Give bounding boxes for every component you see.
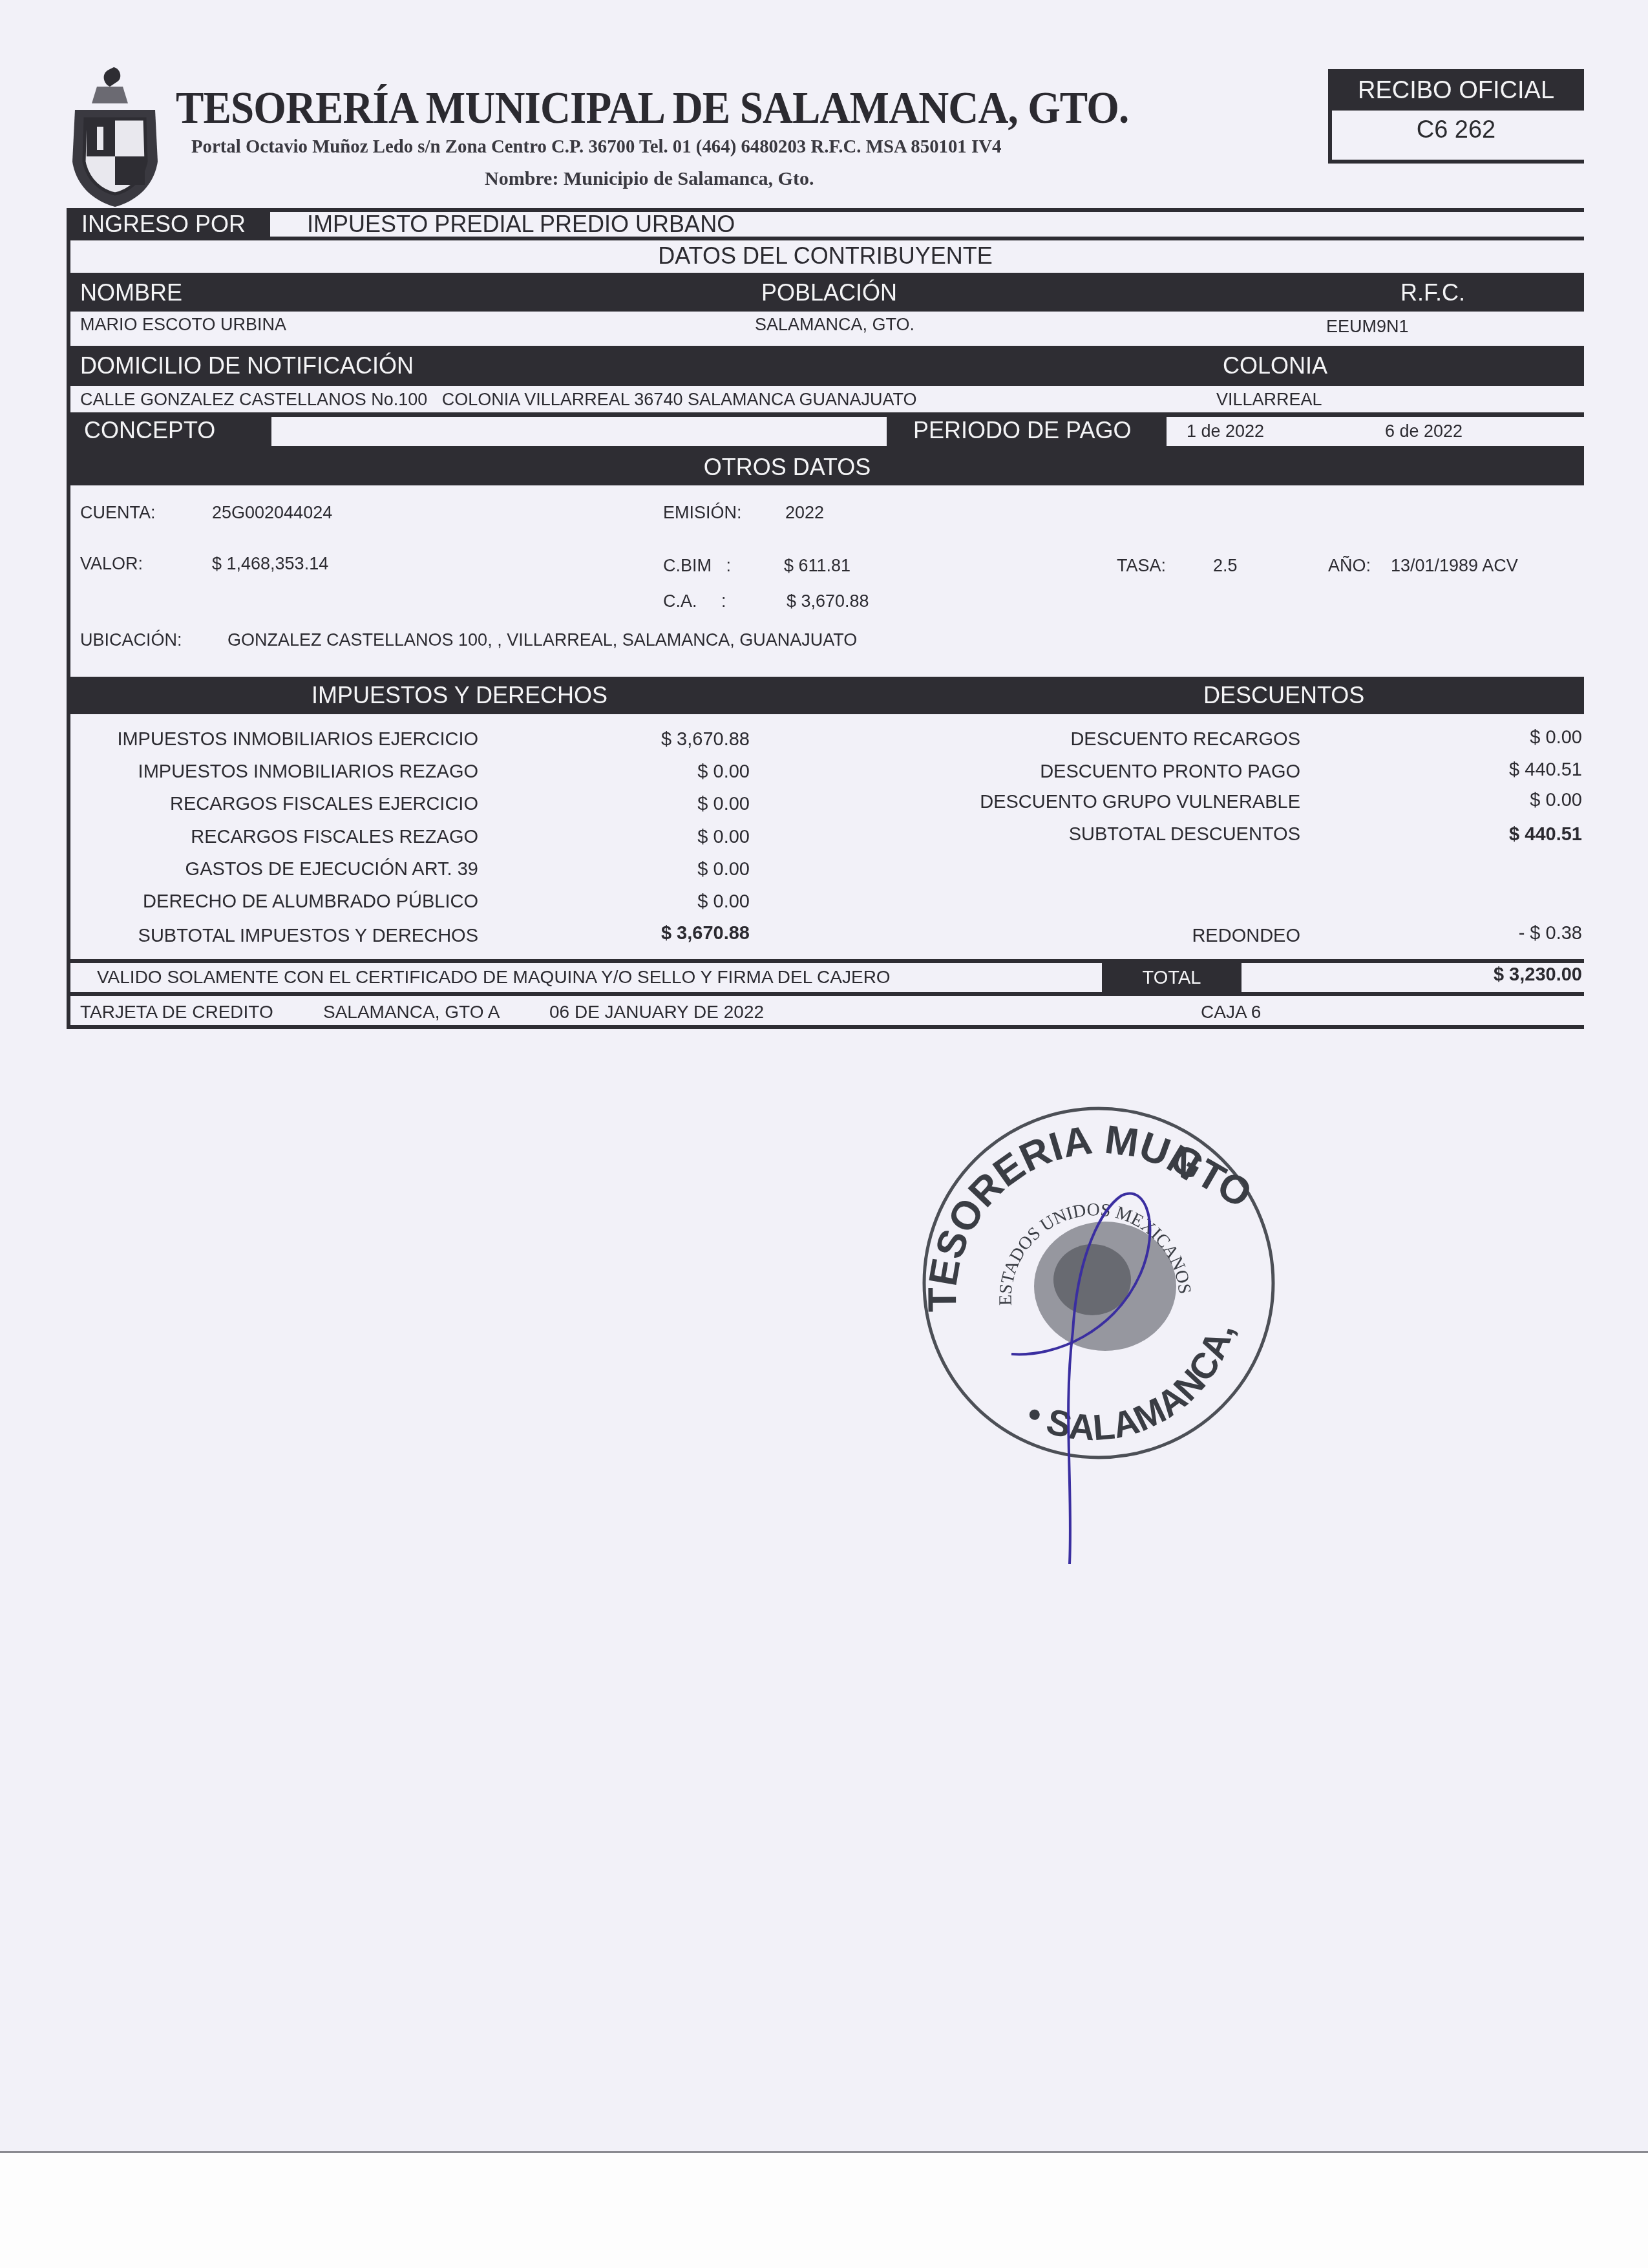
total-label: TOTAL [1102,968,1241,989]
impuesto-item-amount: $ 0.00 [595,891,750,913]
rfc-value: EEUM9N1 [1326,317,1409,337]
descuento-item-label: DESCUENTO GRUPO VULNERABLE [905,792,1300,813]
ingreso-label: INGRESO POR [81,211,246,238]
descuento-item-amount: $ 0.00 [1389,727,1582,748]
impuestos-subtotal-label: SUBTOTAL IMPUESTOS Y DERECHOS [65,926,478,947]
ubicacion-value: GONZALEZ CASTELLANOS 100, , VILLARREAL, … [227,630,857,650]
impuesto-item-label: RECARGOS FISCALES REZAGO [65,827,478,848]
impuestos-title: IMPUESTOS Y DERECHOS [312,682,607,709]
emision-value: 2022 [785,503,824,523]
impuesto-item-amount: $ 0.00 [595,761,750,783]
periodo-label: PERIODO DE PAGO [913,417,1131,444]
impuesto-item-amount: $ 0.00 [595,794,750,815]
descuentos-title: DESCUENTOS [1203,682,1364,709]
descuento-item-amount: $ 440.51 [1389,759,1582,781]
ingreso-value: IMPUESTO PREDIAL PREDIO URBANO [307,211,735,238]
valor-value: $ 1,468,353.14 [212,554,328,574]
descuentos-subtotal-label: SUBTOTAL DESCUENTOS [905,824,1300,845]
redondeo-label: REDONDEO [905,926,1300,947]
impuesto-item-amount: $ 3,670.88 [595,729,750,750]
receipt-label: RECIBO OFICIAL [1328,69,1584,111]
impuesto-item-amount: $ 0.00 [595,827,750,848]
contribuyente-section-title: DATOS DEL CONTRIBUYENTE [67,242,1584,270]
impuesto-item-label: IMPUESTOS INMOBILIARIOS REZAGO [65,761,478,783]
colonia-value: VILLARREAL [1216,390,1322,410]
domicilio-header: DOMICILIO DE NOTIFICACIÓN [80,352,414,379]
cbim-value: $ 611.81 [784,556,850,576]
ca-label: C.A. : [663,591,726,611]
impuesto-item-label: IMPUESTOS INMOBILIARIOS EJERCICIO [65,729,478,750]
issuer-name: Nombre: Municipio de Salamanca, Gto. [485,168,814,190]
lugar-expedicion: SALAMANCA, GTO A [323,1002,500,1023]
ca-value: $ 3,670.88 [787,591,869,611]
divider [67,1025,1584,1029]
cbim-label: C.BIM : [663,556,731,576]
divider [67,208,1584,212]
receipt-number: C6 262 [1328,116,1584,144]
cuenta-value: 25G002044024 [212,503,332,523]
concepto-label: CONCEPTO [84,417,215,444]
descuento-item-label: DESCUENTO PRONTO PAGO [905,761,1300,783]
total-value: $ 3,230.00 [1389,964,1582,986]
rfc-header: R.F.C. [1400,279,1465,306]
divider [67,959,1584,963]
anio-value: 13/01/1989 ACV [1391,556,1518,576]
nombre-header: NOMBRE [80,279,182,306]
caja: CAJA 6 [1201,1002,1261,1023]
periodo-desde: 1 de 2022 [1187,421,1264,441]
official-stamp-icon: TESORERIA MUNICIPAL • GTO • SALAMANCA, E… [908,1099,1289,1564]
ubicacion-label: UBICACIÓN: [80,630,182,650]
descuento-item-label: DESCUENTO RECARGOS [905,729,1300,750]
impuestos-subtotal-value: $ 3,670.88 [595,923,750,944]
impuesto-item-label: GASTOS DE EJECUCIÓN ART. 39 [65,859,478,880]
nombre-value: MARIO ESCOTO URBINA [80,315,286,335]
forma-pago: TARJETA DE CREDITO [80,1002,273,1023]
divider [67,237,1584,240]
impuesto-item-label: RECARGOS FISCALES EJERCICIO [65,794,478,815]
divider [67,992,1584,996]
impuesto-item-label: DERECHO DE ALUMBRADO PÚBLICO [65,891,478,913]
poblacion-value: SALAMANCA, GTO. [755,315,914,335]
anio-label: AÑO: [1328,556,1371,576]
cuenta-label: CUENTA: [80,503,156,523]
municipal-crest-icon [63,65,167,210]
descuento-item-amount: $ 0.00 [1389,790,1582,811]
emision-label: EMISIÓN: [663,503,742,523]
otros-datos-title: OTROS DATOS [67,454,1508,481]
issuer-title: TESORERÍA MUNICIPAL DE SALAMANCA, GTO. [176,83,1128,134]
redondeo-value: - $ 0.38 [1389,923,1582,944]
descuentos-subtotal-value: $ 440.51 [1389,824,1582,845]
valor-label: VALOR: [80,554,143,574]
issuer-address: Portal Octavio Muñoz Ledo s/n Zona Centr… [191,136,1001,158]
validez-note: VALIDO SOLAMENTE CON EL CERTIFICADO DE M… [97,967,891,988]
impuesto-item-amount: $ 0.00 [595,859,750,880]
colonia-header: COLONIA [1223,352,1327,379]
fecha-pago: 06 DE JANUARY DE 2022 [549,1002,764,1023]
tasa-value: 2.5 [1213,556,1238,576]
concepto-value-box [271,417,887,446]
poblacion-header: POBLACIÓN [761,279,897,306]
tasa-label: TASA: [1117,556,1166,576]
periodo-hasta: 6 de 2022 [1385,421,1463,441]
domicilio-value: CALLE GONZALEZ CASTELLANOS No.100 COLONI… [80,390,917,410]
